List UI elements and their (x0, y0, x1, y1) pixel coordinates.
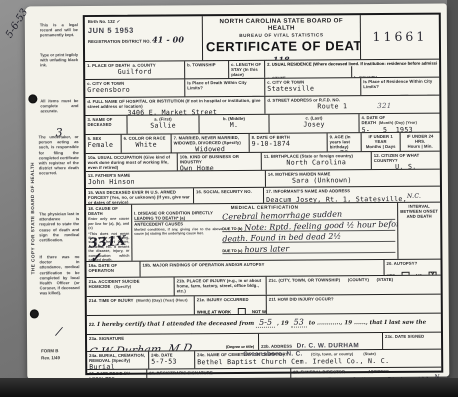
handwritten-street-note: 321 (377, 102, 391, 110)
field-major-findings: 19b. MAJOR FINDINGS OF OPERATION AND/OR … (140, 260, 384, 277)
form-header: Birth No. 132 ✓ JUN 5 1953 REGISTRATION … (85, 15, 439, 62)
not-while-at-work-label: NOT WHILE AT WORK (252, 309, 267, 314)
name-label: 3. NAME OF DECEASED (87, 117, 124, 127)
cause-margin-note1: Enter only one cause per line for (a), (… (88, 217, 129, 231)
scanned-death-certificate-photo: 5-6-53 This is a legal record and will b… (0, 0, 458, 397)
field-operation-date: 19a. DATE OF OPERATION (86, 262, 140, 277)
row-demographics: 5. SEX Female 6. COLOR OR RACE White 7. … (86, 133, 440, 154)
handwritten-mark-3: 3 (56, 126, 63, 139)
certificate-card: This is a legal record and will be perma… (25, 4, 450, 380)
injury-occurred-label: 21e. INJURY OCCURRED (197, 297, 264, 302)
place-county-value: Guilford (87, 67, 182, 76)
informant-value: Deacum Josey, Rt. 1, Statesville,N.C. (266, 193, 438, 203)
antecedent-labels: ANTECEDENT CAUSES Morbid conditions, if … (134, 221, 222, 255)
date-received-label: 25. DATE REC'D BY LOCAL REG. (89, 371, 144, 381)
margin-note-ink: Type or print legibly with unfading blac… (40, 52, 78, 68)
field-injury-location: 21c. (CITY, TOWN, OR TOWNSHIP) (COUNTY) … (267, 276, 441, 295)
field-mother: 14. MOTHER'S MAIDEN NAME Sara (Unknown) (266, 170, 440, 187)
cause-line-c: DUE TO (c) hours later (222, 242, 395, 254)
cause-line-a-label: I. DISEASE OR CONDITION DIRECTLY LEADING… (134, 210, 222, 221)
date-signed-label: 23c. DATE SIGNED (385, 334, 439, 339)
handwritten-mark-slash: / (55, 324, 62, 339)
burial-type-label: 24a. BURIAL, CREMATION, REMOVAL (Specify… (89, 353, 146, 363)
father-value: John Hinson (88, 177, 263, 186)
handwritten-informant-state: N.C. (407, 193, 421, 200)
field-age: 9. AGE (In years last birthday) 78 (328, 133, 362, 151)
citizen-value: U. S. (374, 163, 438, 169)
field-injury-time: 21d. TIME OF INJURY (Month) (Day) (Year)… (87, 296, 195, 315)
marital-value: Widowed (174, 145, 247, 152)
field-township: b. TOWNSHIP (185, 61, 229, 78)
street-value: Route 1 321 (317, 102, 437, 111)
field-autopsy: 20. AUTOPSY? YES NO X (384, 260, 440, 275)
middle-name-value: M. (202, 121, 267, 129)
registrar-signature-handwriting: R. H. Nicholson, md, mg. (148, 379, 266, 394)
burial-date-value: 5-7-53 (151, 357, 192, 365)
field-sex: 5. SEX Female (86, 135, 122, 153)
funeral-director-value: Johnson Funeral Home, StatesvilleN.C (293, 374, 439, 385)
margin-note-legal: This is a legal record and will be perma… (40, 22, 78, 38)
dod-label: 4. DATE OF DEATH (Month) (Day) (Year) (361, 115, 437, 126)
death-certificate-form: Birth No. 132 ✓ JUN 5 1953 REGISTRATION … (83, 13, 444, 375)
under1-sublabels: Months | Days (364, 144, 398, 149)
under24-label: IF UNDER 24 HRS. (403, 134, 438, 144)
cause-margin-column: 18. CAUSE OF DEATH Enter only one cause … (86, 205, 132, 261)
interval-label: INTERVAL BETWEEN ONSET AND DEATH (400, 204, 438, 219)
autopsy-no-checkbox: X (429, 271, 437, 275)
field-middle-name: b. (Middle) M. (199, 115, 269, 133)
field-ssn: 16. SOCIAL SECURITY NO. (194, 188, 264, 203)
field-last-name: c. (Last) Josey (269, 114, 359, 133)
row-name-dod: 3. NAME OF DECEASED a. (First) Sallie b.… (85, 114, 439, 135)
field-birthplace: 11. BIRTHPLACE (State or foreign country… (262, 152, 372, 170)
certify-text2: , 19 (277, 321, 289, 327)
age-value: 78 (330, 149, 359, 151)
field-residence-state: a. STATE N. C. (267, 66, 351, 78)
birth-no-label: Birth No. 132 ✓ (88, 18, 199, 24)
field-race: 6. COLOR OR RACE White (122, 134, 172, 152)
degree-or-title-label: (Degree or title) (226, 345, 254, 349)
form-code-line2: Rev. 1/49 (41, 355, 60, 360)
field-armed-forces: 15. WAS DECEASED EVER IN U.S. ARMED FORC… (86, 188, 194, 204)
header-center: NORTH CAROLINA STATE BOARD OF HEALTH BUR… (203, 15, 361, 60)
field-how-injury: 21f. HOW DID INJURY OCCUR? (267, 295, 441, 314)
left-margin-strip: This is a legal record and will be perma… (25, 6, 86, 379)
field-under-1-year: IF UNDER 1 YEAR Months | Days (362, 133, 401, 151)
business-label: 10b. KIND OF BUSINESS OR INDUSTRY (180, 154, 259, 165)
serial-number-stamp: 11661 (364, 29, 436, 45)
findings-label: 19b. MAJOR FINDINGS OF OPERATION AND/OR … (142, 261, 381, 268)
address-label: 23b. ADDRESS (261, 344, 292, 349)
signature-label: 23a. SIGNATURE (89, 335, 256, 341)
field-citizen: 12. CITIZEN OF WHAT COUNTRY? U. S. (372, 152, 440, 169)
field-under-24-hours: IF UNDER 24 HRS. Hours | Min. (401, 133, 440, 151)
under24-sublabels: Hours | Min. (403, 144, 438, 149)
field-street-address: d. STREET ADDRESS or R.F.D. NO. Route 1 … (265, 96, 439, 114)
field-date-of-death: 4. DATE OF DEATH (Month) (Day) (Year) 5-… (359, 114, 439, 133)
header-left: Birth No. 132 ✓ JUN 5 1953 REGISTRATION … (85, 16, 203, 61)
physician-name-stamp: Dr. C. W. DURHAM (297, 342, 360, 349)
due-to-c-label: DUE TO (c) (222, 249, 242, 253)
field-accident-type: 21a. ACCIDENT SUICIDE HOMICIDE (Specify) (87, 277, 175, 296)
field-informant: 17. INFORMANT'S NAME AND ADDRESS Deacum … (264, 187, 440, 203)
while-at-work-label: WHILE AT WORK (197, 309, 231, 314)
field-first-name: a. (First) Sallie (127, 115, 199, 134)
autopsy-yes-label: YES (387, 273, 395, 275)
antecedent-label: ANTECEDENT CAUSES (134, 221, 222, 227)
business-value: Own Home (180, 164, 259, 171)
certification-statement: 22. I hereby certify that I attended the… (87, 314, 441, 334)
death-limits-label: Is Place of Death Within City Limits? (187, 80, 262, 91)
stay-label: c. LENGTH OF STAY (In this place) (231, 62, 262, 77)
interval-column: INTERVAL BETWEEN ONSET AND DEATH (398, 203, 440, 259)
cause-label: 18. CAUSE OF DEATH (88, 206, 129, 216)
margin-note-complete: All items must be complete and accurate. (40, 98, 78, 114)
cemetery-value: Bethel Baptist Church Cem. Iredell Co., … (197, 356, 439, 366)
township-label: b. TOWNSHIP (187, 62, 226, 67)
form-code: FORM B Rev. 1/49 (41, 348, 60, 361)
greensboro-stamp: Greensboro, N. C. (243, 351, 302, 358)
field-physician-address: 23b. ADDRESS Dr. C. W. DURHAM 330 Southe… (259, 333, 383, 350)
cause-line-c-handwriting: hours later (244, 242, 395, 255)
registration-district-label: REGISTRATION DISTRICT NO. 41 - 00 (88, 35, 199, 45)
due-to-b-label: DUE TO (b) (222, 227, 242, 231)
occupation-label: 10a. USUAL OCCUPATION (Give kind of work… (88, 154, 175, 170)
certify-text1: I hereby certify that I attended the dec… (97, 321, 254, 328)
residence-state-label: a. STATE (267, 76, 286, 78)
field-date-of-birth: 8. DATE OF BIRTH 9-10-1874 (250, 133, 328, 152)
punch-hole-bottom (30, 309, 39, 318)
field-institution: d. FULL NAME OF HOSPITAL OR INSTITUTION … (85, 97, 265, 115)
field-date-signed: 23c. DATE SIGNED (383, 333, 441, 349)
autopsy-yes-checkbox (401, 272, 409, 275)
dob-value: 9-10-1874 (252, 139, 325, 148)
row-registrar: 25. DATE REC'D BY LOCAL REG. 5-14-53 26.… (87, 368, 441, 397)
last-name-value: Josey (272, 120, 357, 129)
race-value: White (124, 141, 169, 149)
org-line1: NORTH CAROLINA STATE BOARD OF HEALTH (206, 17, 357, 32)
how-injury-label: 21f. HOW DID INJURY OCCUR? (269, 296, 439, 302)
field-usual-residence: 2. USUAL RESIDENCE (Where deceased lived… (265, 60, 439, 78)
section-cause-of-death: 18. CAUSE OF DEATH Enter only one cause … (86, 203, 440, 262)
citizen-label: 12. CITIZEN OF WHAT COUNTRY? (374, 153, 438, 164)
first-name-value: Sallie (130, 121, 197, 129)
field-residence-county: b. COUNTY Iredell (351, 66, 438, 78)
accident-label: 21a. ACCIDENT SUICIDE HOMICIDE (Specify) (89, 278, 172, 289)
residence-city-value: Statesville (267, 84, 358, 93)
form-code-line1: FORM B (41, 348, 58, 353)
field-residence-limits: Is Place of Residence Within City Limits… (361, 78, 439, 96)
margin-vertical-title: THE COPY FOR STATE BOARD OF HEALTH (30, 124, 36, 274)
handwritten-cert-no: 118 (273, 55, 290, 61)
place-of-injury-label: 21b. PLACE OF INJURY (e.g., in or about … (177, 278, 264, 294)
field-injury-occurred: 21e. INJURY OCCURRED WHILE AT WORK NOT W… (195, 296, 267, 315)
death-city-value: Greensboro (87, 85, 182, 94)
physician-signature-handwriting: C W Durham M D (87, 342, 193, 351)
row-accident: 21a. ACCIDENT SUICIDE HOMICIDE (Specify)… (87, 276, 441, 297)
cause-main-column: MEDICAL CERTIFICATION I. DISEASE OR COND… (132, 203, 398, 261)
margin-note-physician: The physician last in attendance is requ… (39, 211, 79, 242)
mother-value: Sara (Unknown) (292, 176, 438, 185)
certify-number: 22. (89, 322, 95, 327)
autopsy-label: 20. AUTOPSY? (386, 261, 438, 266)
field-physician-signature: 23a. SIGNATURE C W Durham M D (Degree or… (87, 334, 259, 351)
field-name-label: 3. NAME OF DECEASED (85, 116, 127, 134)
field-cemetery: 24c. NAME OF CEMETERY OR CREMATORY (City… (195, 350, 441, 369)
field-business: 10b. KIND OF BUSINESS OR INDUSTRY Own Ho… (178, 153, 262, 171)
operation-date-label: 19a. DATE OF OPERATION (88, 263, 137, 273)
field-occupation: 10a. USUAL OCCUPATION (Give kind of work… (86, 153, 178, 171)
residence-limits-label: Is Place of Residence Within City Limits… (363, 79, 437, 90)
row-certification-statement: 22. I hereby certify that I attended the… (87, 314, 441, 335)
dod-value: 5- 5 1953 (362, 125, 438, 132)
handwritten-date-received: 5-14-53 (89, 387, 120, 396)
while-at-work-checkbox (237, 308, 245, 315)
punch-hole-top (28, 94, 37, 103)
injury-location-label: 21c. (CITY, TOWN, OR TOWNSHIP) (COUNTY) … (269, 277, 439, 283)
field-death-city: c. CITY OR TOWN Greensboro (85, 79, 185, 97)
age-label: 9. AGE (In years last birthday) (330, 134, 359, 149)
field-place-county: 1. PLACE OF DEATH a. COUNTY Guilford (85, 61, 185, 79)
autopsy-no-label: NO (416, 273, 422, 275)
field-death-city-limits: Is Place of Death Within City Limits? YE… (185, 79, 265, 97)
handwritten-attended-from: 5-5 (256, 318, 275, 328)
burial-type-value: Burial (89, 363, 146, 369)
margin-note-no-doctor: If there was no doctor in attendance, me… (39, 254, 79, 296)
field-funeral-director: 27. FUNERAL DIRECTOR ADDRESS Johnson Fun… (291, 368, 441, 397)
ssn-label: 16. SOCIAL SECURITY NO. (196, 189, 261, 194)
under1-label: IF UNDER 1 YEAR (364, 134, 398, 144)
field-father: 13. FATHER'S NAME John Hinson (86, 171, 266, 188)
handwritten-from-year: 53 (291, 318, 307, 328)
handwritten-district-no: 41 - 00 (152, 34, 184, 44)
armed-label: 15. WAS DECEASED EVER IN U.S. ARMED FORC… (88, 189, 191, 204)
birthplace-value: North Carolina (264, 158, 369, 167)
handwritten-birth-check: ✓ (116, 19, 120, 24)
field-registrar-signature: 26. REGISTRAR'S SIGNATURE R. H. Nicholso… (147, 369, 291, 397)
antecedent-note: Morbid conditions, if any, giving rise t… (134, 227, 222, 236)
handwritten-funeral-state: N.C (434, 374, 441, 381)
field-place-of-injury: 21b. PLACE OF INJURY (e.g., in or about … (175, 277, 267, 296)
field-date-received: 25. DATE REC'D BY LOCAL REG. 5-14-53 (87, 370, 147, 397)
sex-value: Female (88, 141, 119, 149)
margin-note-undertaker: The undertaker, or person acting as such… (39, 134, 79, 176)
injury-time-label: 21d. TIME OF INJURY (Month) (Day) (Year)… (89, 297, 192, 303)
org-line2: BUREAU OF VITAL STATISTICS (206, 32, 357, 38)
field-length-of-stay: c. LENGTH OF STAY (In this place) 1 day (229, 61, 265, 78)
certificate-title: CERTIFICATE OF DEATH (206, 38, 357, 54)
registrar-signature-label: 26. REGISTRAR'S SIGNATURE (149, 370, 288, 376)
field-residence-city: c. CITY OR TOWN Statesville (265, 78, 361, 96)
row-injury-time: 21d. TIME OF INJURY (Month) (Day) (Year)… (87, 295, 441, 316)
handwritten-cause-code: 331X ✓ (88, 233, 132, 261)
field-marital-status: 7. MARRIED, NEVER MARRIED, WIDOWED, DIVO… (172, 134, 250, 153)
marital-label: 7. MARRIED, NEVER MARRIED, WIDOWED, DIVO… (174, 135, 247, 146)
header-right: 11661 (361, 15, 439, 60)
field-burial-date: 24b. DATE 5-7-53 (149, 351, 195, 368)
field-burial-type: 24a. BURIAL, CREMATION, REMOVAL (Specify… (87, 352, 149, 369)
